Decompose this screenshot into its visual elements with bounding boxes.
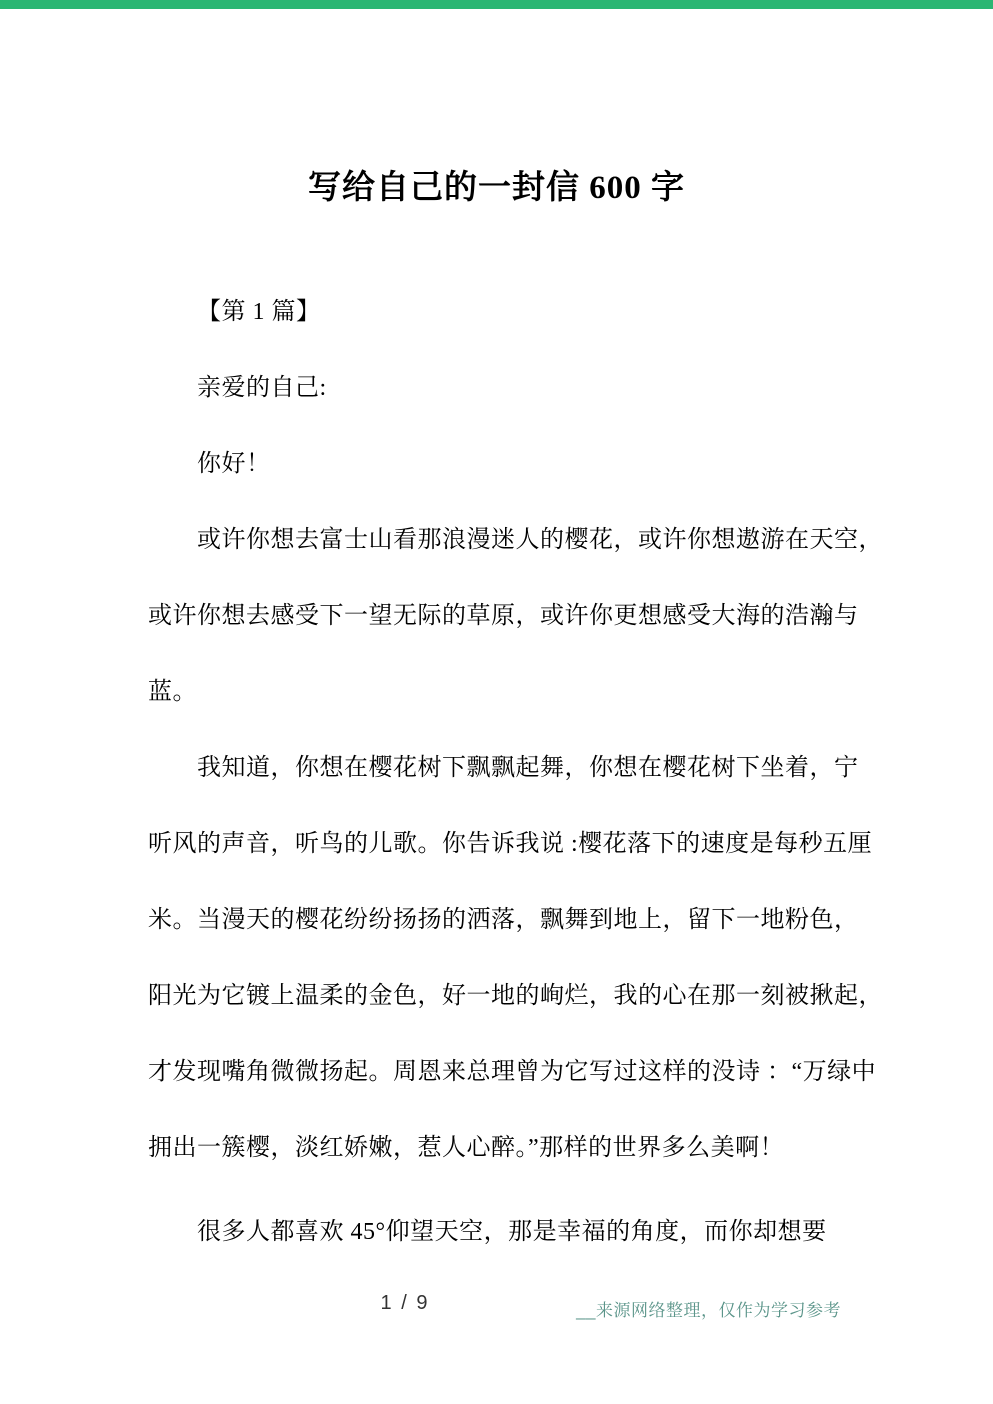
document-title: 写给自己的一封信 600 字 (0, 0, 993, 214)
body-line: 听风的声音，听鸟的儿歌。你告诉我说 :樱花落下的速度是每秒五厘 (148, 802, 858, 878)
body-line: 阳光为它镀上温柔的金色，好一地的峋烂，我的心在那一刻被揪起， (148, 954, 858, 1030)
body-line: 你好！ (148, 422, 858, 498)
body-line: 才发现嘴角微微扬起。周恩来总理曾为它写过这样的没诗 ：“万绿中 (148, 1030, 858, 1106)
body-line: 米。当漫天的樱花纷纷扬扬的洒落，飘舞到地上，留下一地粉色， (148, 878, 858, 954)
body-line: 我知道，你想在樱花树下飘飘起舞，你想在樱花树下坐着，宁 (148, 726, 858, 802)
body-line: 很多人都喜欢 45°仰望天空，那是幸福的角度，而你却想要 (148, 1190, 858, 1266)
body-line: 或许你想去富士山看那浪漫迷人的樱花，或许你想遨游在天空， (148, 498, 858, 574)
body-line: 亲爱的自己: (148, 346, 858, 422)
document-page: 写给自己的一封信 600 字 【第 1 篇】 亲爱的自己: 你好！ 或许你想去富… (0, 0, 993, 1404)
body-line: 蓝。 (148, 650, 858, 726)
body-line: 或许你想去感受下一望无际的草原，或许你更想感受大海的浩瀚与 (148, 574, 858, 650)
source-note: __来源网络整理，仅作为学习参考 (576, 1296, 841, 1321)
section-heading: 【第 1 篇】 (148, 270, 858, 346)
body-line: 拥出一簇樱，淡红娇嫩，惹人心醉。”那样的世界多么美啊！ (148, 1106, 858, 1182)
document-body: 【第 1 篇】 亲爱的自己: 你好！ 或许你想去富士山看那浪漫迷人的樱花，或许你… (148, 270, 858, 1266)
top-accent-bar (0, 0, 993, 9)
page-footer: 1 / 9 __来源网络整理，仅作为学习参考 (0, 1288, 993, 1328)
page-number: 1 / 9 (381, 1292, 430, 1315)
